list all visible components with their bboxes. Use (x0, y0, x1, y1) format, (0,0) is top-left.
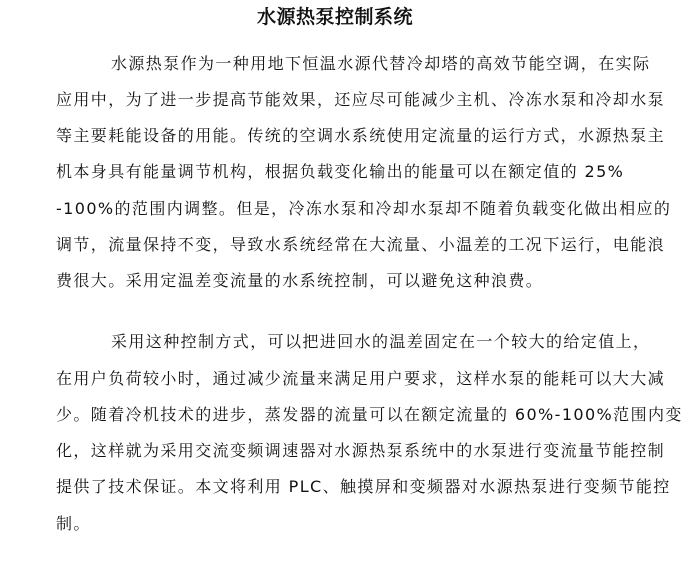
paragraph-2-line-3: 少。随着冷机技术的进步，蒸发器的流量可以在额定流量的 60%-100%范围内变 (56, 404, 683, 426)
paragraph-1-line-7: 费很大。采用定温差变流量的水系统控制，可以避免这种浪费。 (56, 270, 543, 292)
paragraph-1-line-1: 水源热泵作为一种用地下恒温水源代替冷却塔的高效节能空调，在实际 (111, 53, 650, 75)
document-page: 水源热泵控制系统 水源热泵作为一种用地下恒温水源代替冷却塔的高效节能空调，在实际… (0, 0, 690, 564)
paragraph-2-line-1: 采用这种控制方式，可以把进回水的温差固定在一个较大的给定值上， (111, 331, 650, 353)
paragraph-1-line-5: -100%的范围内调整。但是，冷冻水泵和冷却水泵却不随着负载变化做出相应的 (56, 198, 671, 220)
document-title: 水源热泵控制系统 (0, 4, 670, 30)
paragraph-1-line-4: 机本身具有能量调节机构，根据负载变化输出的能量可以在额定值的 25% (56, 161, 624, 183)
paragraph-1-line-6: 调节，流量保持不变，导致水系统经常在大流量、小温差的工况下运行，电能浪 (56, 234, 665, 256)
paragraph-1-line-2: 应用中，为了进一步提高节能效果，还应尽可能减少主机、冷冻水泵和冷却水泵 (56, 89, 665, 111)
paragraph-1-line-3: 等主要耗能设备的用能。传统的空调水系统使用定流量的运行方式，水源热泵主 (56, 125, 665, 147)
paragraph-2-line-2: 在用户负荷较小时，通过减少流量来满足用户要求，这样水泵的能耗可以大大减 (56, 368, 665, 390)
paragraph-2-line-4: 化，这样就为采用交流变频调速器对水源热泵系统中的水泵进行变流量节能控制 (56, 440, 665, 462)
paragraph-2-line-5: 提供了技术保证。本文将利用 PLC、触摸屏和变频器对水源热泵进行变频节能控 (56, 476, 671, 498)
paragraph-2-line-6: 制。 (56, 513, 91, 535)
